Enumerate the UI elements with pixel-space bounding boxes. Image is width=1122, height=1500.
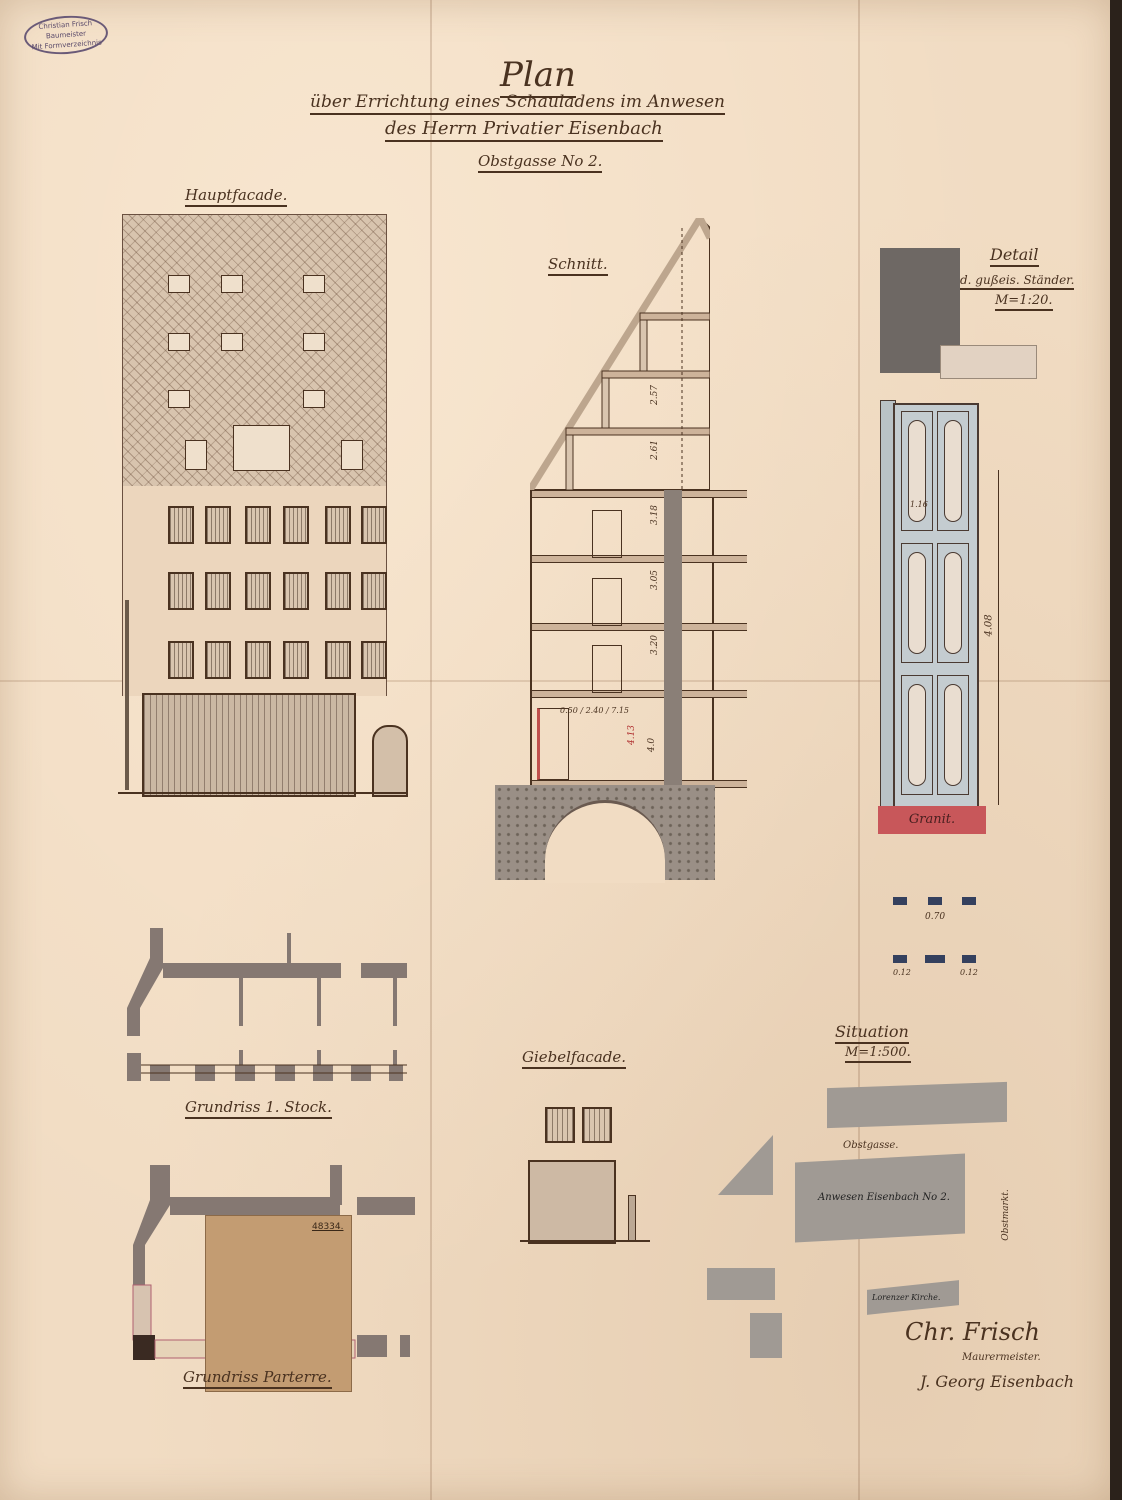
dormer-window [303, 333, 325, 351]
architect-stamp: Christian Frisch Baumeister Mit Formverz… [23, 13, 109, 57]
street-label: Obstgasse. [843, 1140, 898, 1151]
plan-upper-label: Grundriss 1. Stock. [185, 1098, 332, 1119]
profile-section [928, 897, 942, 905]
profile-width-dim: 0.70 [925, 912, 945, 922]
window [245, 572, 271, 610]
profile-dim: 0.12 [960, 968, 978, 977]
detail-width-dim: 1.16 [910, 500, 928, 509]
situation-scale: M=1:500. [845, 1045, 911, 1063]
detail-scale: M=1:20. [995, 293, 1053, 311]
window [361, 572, 387, 610]
gable-window [545, 1107, 575, 1143]
arched-door [372, 725, 408, 797]
granite-base: Granit. [878, 806, 986, 834]
plan-ground-label: Grundriss Parterre. [183, 1368, 332, 1389]
column-panel [901, 543, 933, 663]
window [361, 641, 387, 679]
floor-slab [532, 690, 747, 698]
plan-subtitle-1: über Errichtung eines Schauladens im Anw… [310, 92, 725, 115]
dim-shop: 4.0 [647, 738, 657, 752]
ground-line [118, 792, 408, 794]
column-panel [937, 411, 969, 531]
floor-slab [532, 623, 747, 631]
architect-signature: Chr. Frisch [905, 1318, 1040, 1346]
fold-line-vertical [858, 0, 860, 1500]
floor-slab [532, 490, 747, 498]
gable-window [582, 1107, 612, 1143]
height-dim-line [998, 470, 999, 805]
window [205, 641, 231, 679]
ground-line [520, 1240, 650, 1242]
central-gable [233, 425, 290, 471]
profile-section [962, 897, 976, 905]
church-label: Lorenzer Kirche. [872, 1293, 940, 1302]
owner-signature: J. Georg Eisenbach [920, 1372, 1074, 1391]
parcel-label: Anwesen Eisenbach No 2. [818, 1192, 950, 1203]
dim-storey-1: 3.18 [650, 505, 660, 525]
window [325, 572, 351, 610]
window [245, 641, 271, 679]
window [205, 506, 231, 544]
street-lamp [125, 600, 129, 790]
profile-section [925, 955, 945, 963]
dormer-window [303, 390, 325, 408]
window [168, 641, 194, 679]
block-southwest [707, 1268, 775, 1300]
column-panel [901, 675, 933, 795]
column-panel [937, 543, 969, 663]
window [245, 506, 271, 544]
bollard [628, 1195, 636, 1242]
cast-iron-column [893, 403, 979, 810]
window [205, 572, 231, 610]
roof-truss [530, 218, 710, 490]
dim-roof: 2.57 [650, 385, 660, 405]
plan-address: Obstgasse No 2. [478, 152, 602, 173]
profile-section [962, 955, 976, 963]
shopfront [142, 693, 356, 797]
window [168, 506, 194, 544]
window [325, 506, 351, 544]
dormer-window [303, 275, 325, 293]
window [283, 572, 309, 610]
plan-subtitle-2: des Herrn Privatier Eisenbach [385, 118, 663, 142]
gable-dormer [341, 440, 363, 470]
facade-wall [122, 486, 387, 696]
profile-section [893, 955, 907, 963]
dormer-window [168, 333, 190, 351]
dormer-window [221, 275, 243, 293]
block-north [827, 1082, 1007, 1128]
patch-number: 48334. [312, 1222, 344, 1232]
dim-storey-2: 3.05 [650, 570, 660, 590]
lintel-beam [940, 345, 1037, 379]
shopfront-profile [537, 708, 569, 780]
gable-facade-label: Giebelfacade. [522, 1048, 626, 1069]
signature-title: Maurermeister. [962, 1352, 1041, 1363]
window [283, 641, 309, 679]
interior-door [592, 645, 622, 693]
window [325, 641, 351, 679]
window [361, 506, 387, 544]
profile-dim: 0.12 [893, 968, 911, 977]
block-west [718, 1135, 773, 1195]
fold-line-vertical [430, 0, 432, 1500]
facade-roof [122, 214, 387, 488]
dim-attic: 2.61 [650, 440, 660, 460]
interior-door [592, 510, 622, 558]
window [283, 506, 309, 544]
dim-shop-red: 4.13 [627, 725, 637, 745]
section-storeys [530, 490, 714, 787]
detail-height-dim: 4.08 [984, 614, 995, 636]
interior-door [592, 578, 622, 626]
gable-dormer [185, 440, 207, 470]
shop-note: 0.50 / 2.40 / 7.15 [560, 706, 629, 715]
detail-sublabel: d. gußeis. Ständer. [960, 273, 1074, 290]
market-label: Obstmarkt. [1001, 1189, 1011, 1241]
detail-label: Detail [990, 245, 1039, 267]
floor-slab [532, 555, 747, 563]
dormer-window [221, 333, 243, 351]
main-facade-label: Hauptfacade. [185, 186, 287, 207]
block-south [750, 1313, 782, 1358]
floor-plan-upper [125, 928, 407, 1081]
profile-section [893, 897, 907, 905]
window [168, 572, 194, 610]
drawing-sheet: Christian Frisch Baumeister Mit Formverz… [0, 0, 1112, 1500]
dim-storey-3: 3.20 [650, 635, 660, 655]
column-panel [901, 411, 933, 531]
sheet-edge [1110, 0, 1122, 1500]
pasted-paper-patch [205, 1215, 352, 1392]
dormer-window [168, 390, 190, 408]
column-panel [937, 675, 969, 795]
situation-label: Situation [835, 1022, 909, 1044]
dormer-window [168, 275, 190, 293]
gable-shopfront [528, 1160, 616, 1244]
